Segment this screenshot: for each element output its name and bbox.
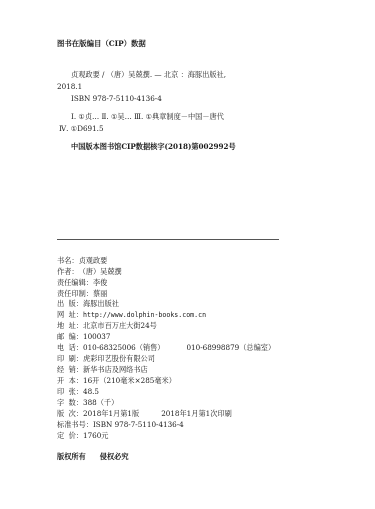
format-label: 开本： bbox=[57, 377, 83, 384]
edition-label: 版次： bbox=[57, 410, 83, 417]
editor-value: 李俊 bbox=[93, 278, 107, 287]
detail-price: 定价：1760元 bbox=[57, 432, 108, 439]
format-value: 16开（210毫米×285毫米） bbox=[83, 376, 176, 385]
cip-isbn-line: ISBN 978-7-5110-4136-4 bbox=[71, 95, 162, 102]
price-label: 定价： bbox=[57, 432, 83, 439]
printer-value: 虎彩印艺股份有限公司 bbox=[83, 354, 155, 363]
editor-label: 责任编辑： bbox=[57, 279, 93, 286]
phone-sales: 010-68325006（销售） bbox=[83, 343, 164, 352]
website-link[interactable]: http://www.dolphin-books.com.cn bbox=[83, 311, 206, 319]
detail-sheets: 印张：48.5 bbox=[57, 388, 99, 395]
sheets-value: 48.5 bbox=[83, 387, 99, 396]
detail-postcode: 邮编：100037 bbox=[57, 333, 110, 340]
detail-format: 开本：16开（210毫米×285毫米） bbox=[57, 377, 176, 384]
price-value: 1760元 bbox=[83, 431, 108, 440]
book-title-value: 贞观政要 bbox=[79, 256, 108, 265]
cip-record-line-1: 贞观政要 / （唐）吴兢撰. — 北京 ：海豚出版社, bbox=[71, 71, 226, 78]
cip-record-line-2: 2018.1 bbox=[57, 83, 82, 90]
sheets-label: 印张： bbox=[57, 388, 83, 395]
postcode-label: 邮编： bbox=[57, 333, 83, 340]
detail-editor: 责任编辑：李俊 bbox=[57, 279, 107, 286]
cip-subject-line: Ⅰ. ①贞… Ⅱ. ①吴… Ⅲ. ①典章制度－中国－唐代 bbox=[71, 113, 224, 120]
phone-label: 电话： bbox=[57, 344, 83, 351]
printing-value: 2018年1月第1次印刷 bbox=[161, 409, 232, 418]
phone-editorial: 010-68998879（总编室） bbox=[186, 343, 275, 352]
book-title-label: 书名： bbox=[57, 257, 79, 264]
website-label: 网址： bbox=[57, 311, 83, 318]
isbn-value: ISBN 978-7-5110-4136-4 bbox=[93, 420, 184, 429]
printer-label: 印刷： bbox=[57, 355, 83, 362]
publisher-label: 出版： bbox=[57, 300, 83, 307]
printing-editor-label: 责任印制： bbox=[57, 290, 93, 297]
cip-approval-number: 中国版本图书馆CIP数据核字(2018)第002992号 bbox=[71, 143, 236, 150]
detail-book-title: 书名：贞观政要 bbox=[57, 257, 107, 264]
cip-heading: 图书在版编目（CIP）数据 bbox=[57, 40, 146, 47]
copyright-all-rights: 版权所有 bbox=[57, 452, 86, 461]
address-value: 北京市百万庄大街24号 bbox=[83, 321, 157, 330]
word-count-label: 字数： bbox=[57, 399, 83, 406]
author-value: （唐）吴兢撰 bbox=[79, 267, 122, 276]
section-divider bbox=[57, 239, 279, 240]
detail-isbn: 标准书号：ISBN 978-7-5110-4136-4 bbox=[57, 421, 184, 428]
cip-classification-line: Ⅳ. ①D691.5 bbox=[59, 125, 104, 132]
printing-editor-value: 蔡丽 bbox=[93, 289, 107, 298]
copyright-notice: 版权所有侵权必究 bbox=[57, 453, 129, 460]
word-count-value: 388（千） bbox=[83, 398, 118, 407]
detail-website: 网址：http://www.dolphin-books.com.cn bbox=[57, 311, 206, 319]
distributor-label: 经销： bbox=[57, 366, 83, 373]
copyright-infringement: 侵权必究 bbox=[100, 452, 129, 461]
detail-edition: 版次：2018年1月第1版2018年1月第1次印刷 bbox=[57, 410, 232, 417]
edition-value: 2018年1月第1版 bbox=[83, 409, 139, 418]
publisher-value: 海豚出版社 bbox=[83, 299, 119, 308]
detail-publisher: 出版：海豚出版社 bbox=[57, 300, 119, 307]
detail-phone: 电话：010-68325006（销售）010-68998879（总编室） bbox=[57, 344, 275, 351]
detail-printer: 印刷：虎彩印艺股份有限公司 bbox=[57, 355, 155, 362]
copyright-page: 图书在版编目（CIP）数据 贞观政要 / （唐）吴兢撰. — 北京 ：海豚出版社… bbox=[0, 0, 375, 509]
distributor-value: 新华书店及网络书店 bbox=[83, 365, 148, 374]
isbn-label: 标准书号： bbox=[57, 421, 93, 428]
detail-author: 作者：（唐）吴兢撰 bbox=[57, 268, 122, 275]
detail-printing-editor: 责任印制：蔡丽 bbox=[57, 290, 107, 297]
detail-address: 地址：北京市百万庄大街24号 bbox=[57, 322, 157, 329]
address-label: 地址： bbox=[57, 322, 83, 329]
detail-word-count: 字数：388（千） bbox=[57, 399, 118, 406]
author-label: 作者： bbox=[57, 268, 79, 275]
postcode-value: 100037 bbox=[83, 332, 110, 341]
detail-distributor: 经销：新华书店及网络书店 bbox=[57, 366, 148, 373]
